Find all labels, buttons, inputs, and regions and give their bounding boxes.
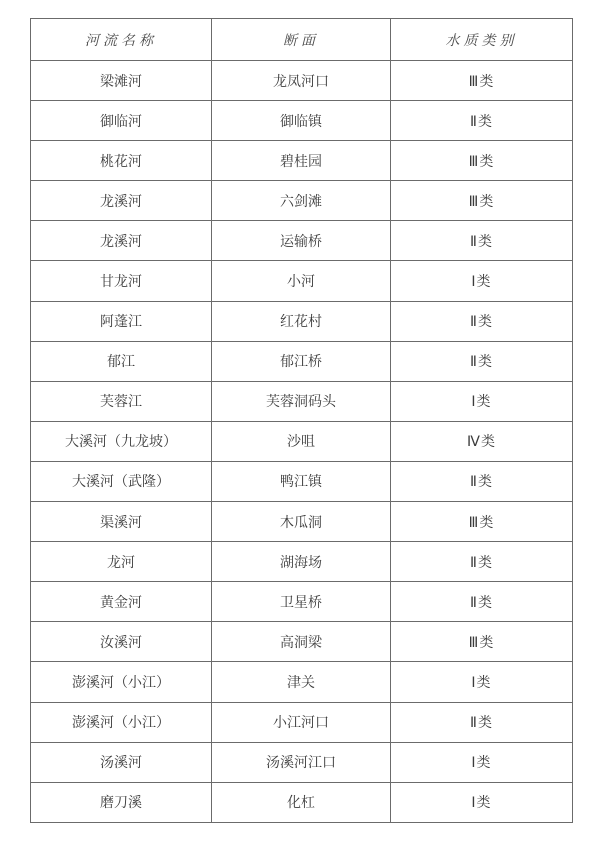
cell-section: 沙咀 (212, 421, 391, 461)
cell-river: 黄金河 (31, 582, 212, 622)
cell-section: 御临镇 (212, 101, 391, 141)
table-row: 汤溪河 汤溪河江口 Ⅰ类 (31, 742, 573, 782)
table-row: 甘龙河 小河 Ⅰ类 (31, 261, 573, 301)
table-row: 龙溪河 运输桥 Ⅱ类 (31, 221, 573, 261)
cell-river: 大溪河（九龙坡） (31, 421, 212, 461)
cell-river: 桃花河 (31, 141, 212, 181)
cell-river: 梁滩河 (31, 61, 212, 101)
cell-section: 红花村 (212, 301, 391, 341)
table-row: 芙蓉江 芙蓉洞码头 Ⅰ类 (31, 381, 573, 421)
table-row: 渠溪河 木瓜洞 Ⅲ类 (31, 502, 573, 542)
table-row: 磨刀溪 化杠 Ⅰ类 (31, 782, 573, 822)
cell-category: Ⅱ类 (391, 542, 573, 582)
cell-category: Ⅳ类 (391, 421, 573, 461)
cell-river: 阿蓬江 (31, 301, 212, 341)
column-header-section: 断面 (212, 19, 391, 61)
table-row: 桃花河 碧桂园 Ⅲ类 (31, 141, 573, 181)
header-row: 河流名称 断面 水质类别 (31, 19, 573, 61)
cell-river: 芙蓉江 (31, 381, 212, 421)
cell-section: 运输桥 (212, 221, 391, 261)
cell-category: Ⅰ类 (391, 261, 573, 301)
cell-river: 龙河 (31, 542, 212, 582)
column-header-river: 河流名称 (31, 19, 212, 61)
cell-section: 汤溪河江口 (212, 742, 391, 782)
cell-section: 卫星桥 (212, 582, 391, 622)
cell-river: 郁江 (31, 341, 212, 381)
cell-category: Ⅲ类 (391, 502, 573, 542)
cell-section: 高洞梁 (212, 622, 391, 662)
cell-section: 六剑滩 (212, 181, 391, 221)
table-row: 郁江 郁江桥 Ⅱ类 (31, 341, 573, 381)
table-row: 大溪河（九龙坡） 沙咀 Ⅳ类 (31, 421, 573, 461)
cell-category: Ⅱ类 (391, 101, 573, 141)
cell-river: 甘龙河 (31, 261, 212, 301)
cell-category: Ⅰ类 (391, 662, 573, 702)
cell-river: 龙溪河 (31, 181, 212, 221)
table-row: 御临河 御临镇 Ⅱ类 (31, 101, 573, 141)
table-row: 澎溪河（小江） 津关 Ⅰ类 (31, 662, 573, 702)
table-row: 龙溪河 六剑滩 Ⅲ类 (31, 181, 573, 221)
cell-section: 津关 (212, 662, 391, 702)
cell-category: Ⅱ类 (391, 461, 573, 501)
table-row: 阿蓬江 红花村 Ⅱ类 (31, 301, 573, 341)
cell-category: Ⅲ类 (391, 141, 573, 181)
cell-category: Ⅱ类 (391, 221, 573, 261)
cell-river: 大溪河（武隆） (31, 461, 212, 501)
cell-section: 碧桂园 (212, 141, 391, 181)
table-header: 河流名称 断面 水质类别 (31, 19, 573, 61)
cell-section: 小河 (212, 261, 391, 301)
cell-category: Ⅰ类 (391, 742, 573, 782)
cell-section: 化杠 (212, 782, 391, 822)
cell-river: 澎溪河（小江） (31, 702, 212, 742)
cell-category: Ⅱ类 (391, 341, 573, 381)
cell-river: 龙溪河 (31, 221, 212, 261)
cell-river: 汤溪河 (31, 742, 212, 782)
cell-river: 磨刀溪 (31, 782, 212, 822)
cell-category: Ⅲ类 (391, 181, 573, 221)
cell-section: 鸭江镇 (212, 461, 391, 501)
document-page: 河流名称 断面 水质类别 梁滩河 龙凤河口 Ⅲ类 御临河 御临镇 Ⅱ类 桃花河 … (0, 0, 600, 856)
cell-section: 郁江桥 (212, 341, 391, 381)
water-quality-table: 河流名称 断面 水质类别 梁滩河 龙凤河口 Ⅲ类 御临河 御临镇 Ⅱ类 桃花河 … (30, 18, 573, 823)
table-body: 梁滩河 龙凤河口 Ⅲ类 御临河 御临镇 Ⅱ类 桃花河 碧桂园 Ⅲ类 龙溪河 六剑… (31, 61, 573, 823)
cell-category: Ⅰ类 (391, 381, 573, 421)
column-header-category: 水质类别 (391, 19, 573, 61)
cell-section: 小江河口 (212, 702, 391, 742)
cell-section: 木瓜洞 (212, 502, 391, 542)
cell-category: Ⅲ类 (391, 622, 573, 662)
cell-category: Ⅱ类 (391, 301, 573, 341)
cell-section: 湖海场 (212, 542, 391, 582)
cell-river: 渠溪河 (31, 502, 212, 542)
table-row: 龙河 湖海场 Ⅱ类 (31, 542, 573, 582)
cell-river: 御临河 (31, 101, 212, 141)
cell-category: Ⅱ类 (391, 582, 573, 622)
cell-category: Ⅲ类 (391, 61, 573, 101)
cell-section: 芙蓉洞码头 (212, 381, 391, 421)
cell-river: 澎溪河（小江） (31, 662, 212, 702)
table-row: 大溪河（武隆） 鸭江镇 Ⅱ类 (31, 461, 573, 501)
cell-section: 龙凤河口 (212, 61, 391, 101)
table-row: 澎溪河（小江） 小江河口 Ⅱ类 (31, 702, 573, 742)
table-row: 梁滩河 龙凤河口 Ⅲ类 (31, 61, 573, 101)
cell-river: 汝溪河 (31, 622, 212, 662)
table-row: 黄金河 卫星桥 Ⅱ类 (31, 582, 573, 622)
table-row: 汝溪河 高洞梁 Ⅲ类 (31, 622, 573, 662)
cell-category: Ⅰ类 (391, 782, 573, 822)
cell-category: Ⅱ类 (391, 702, 573, 742)
